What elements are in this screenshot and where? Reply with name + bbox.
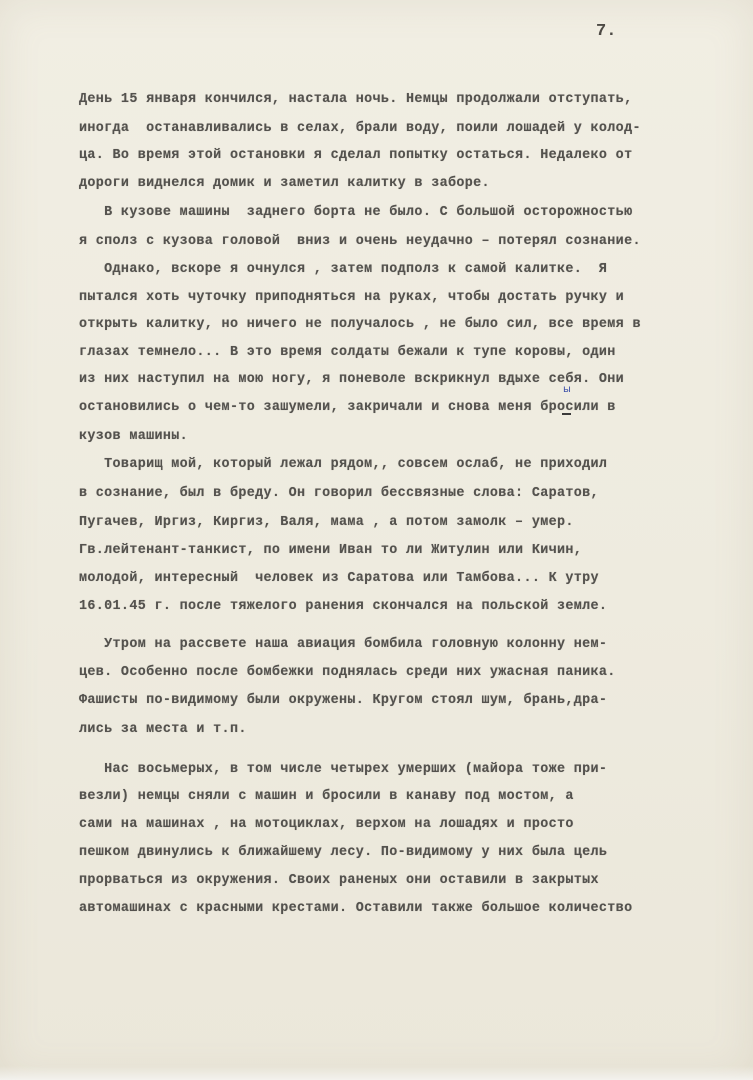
handwritten-correction-mark: ы bbox=[563, 384, 571, 395]
handwritten-underline-mark bbox=[562, 413, 571, 415]
text-line: День 15 января кончился, настала ночь. Н… bbox=[79, 91, 632, 109]
text-line: пешком двинулись к ближайшему лесу. По-в… bbox=[79, 844, 607, 862]
text-line: В кузове машины заднего борта не было. С… bbox=[79, 204, 632, 222]
page-number: 7. bbox=[596, 22, 616, 41]
text-line: 16.01.45 г. после тяжелого ранения сконч… bbox=[79, 598, 607, 616]
paper-bottom-edge bbox=[0, 1066, 753, 1080]
text-line: Товарищ мой, который лежал рядом,, совсе… bbox=[79, 456, 607, 474]
text-line: открыть калитку, но ничего не получалось… bbox=[79, 316, 641, 334]
text-line: везли) немцы сняли с машин и бросили в к… bbox=[79, 788, 574, 806]
text-line: ца. Во время этой остановки я сделал поп… bbox=[79, 147, 632, 165]
text-line: цев. Особенно после бомбежки поднялась с… bbox=[79, 664, 616, 682]
text-line: Гв.лейтенант-танкист, по имени Иван то л… bbox=[79, 542, 582, 560]
text-line: Утром на рассвете наша авиация бомбила г… bbox=[79, 636, 607, 654]
text-line: в сознание, был в бреду. Он говорил бесс… bbox=[79, 485, 599, 503]
text-line: сами на машинах , на мотоциклах, верхом … bbox=[79, 816, 574, 834]
text-line: иногда останавливались в селах, брали во… bbox=[79, 120, 641, 138]
text-line: дороги виднелся домик и заметил калитку … bbox=[79, 175, 490, 193]
text-line: молодой, интересный человек из Саратова … bbox=[79, 570, 599, 588]
text-line: Пугачев, Иргиз, Киргиз, Валя, мама , а п… bbox=[79, 514, 574, 532]
text-line: Однако, вскоре я очнулся , затем подполз… bbox=[79, 261, 607, 279]
text-line: глазах темнело... В это время солдаты бе… bbox=[79, 344, 616, 362]
text-line: остановились о чем-то зашумели, закричал… bbox=[79, 399, 616, 417]
text-line: Нас восьмерых, в том числе четырех умерш… bbox=[79, 761, 607, 779]
text-line: кузов машины. bbox=[79, 428, 188, 446]
text-line: лись за места и т.п. bbox=[79, 721, 247, 739]
text-line: прорваться из окружения. Своих раненых о… bbox=[79, 872, 599, 890]
text-line: Фашисты по-видимому были окружены. Круго… bbox=[79, 692, 607, 710]
text-line: из них наступил на мою ногу, я поневоле … bbox=[79, 371, 624, 389]
text-line: пытался хоть чуточку приподняться на рук… bbox=[79, 289, 624, 307]
text-line: автомашинах с красными крестами. Оставил… bbox=[79, 900, 632, 918]
typewritten-page: 7. День 15 января кончился, настала ночь… bbox=[0, 0, 753, 1080]
text-line: я сполз с кузова головой вниз и очень не… bbox=[79, 233, 641, 251]
